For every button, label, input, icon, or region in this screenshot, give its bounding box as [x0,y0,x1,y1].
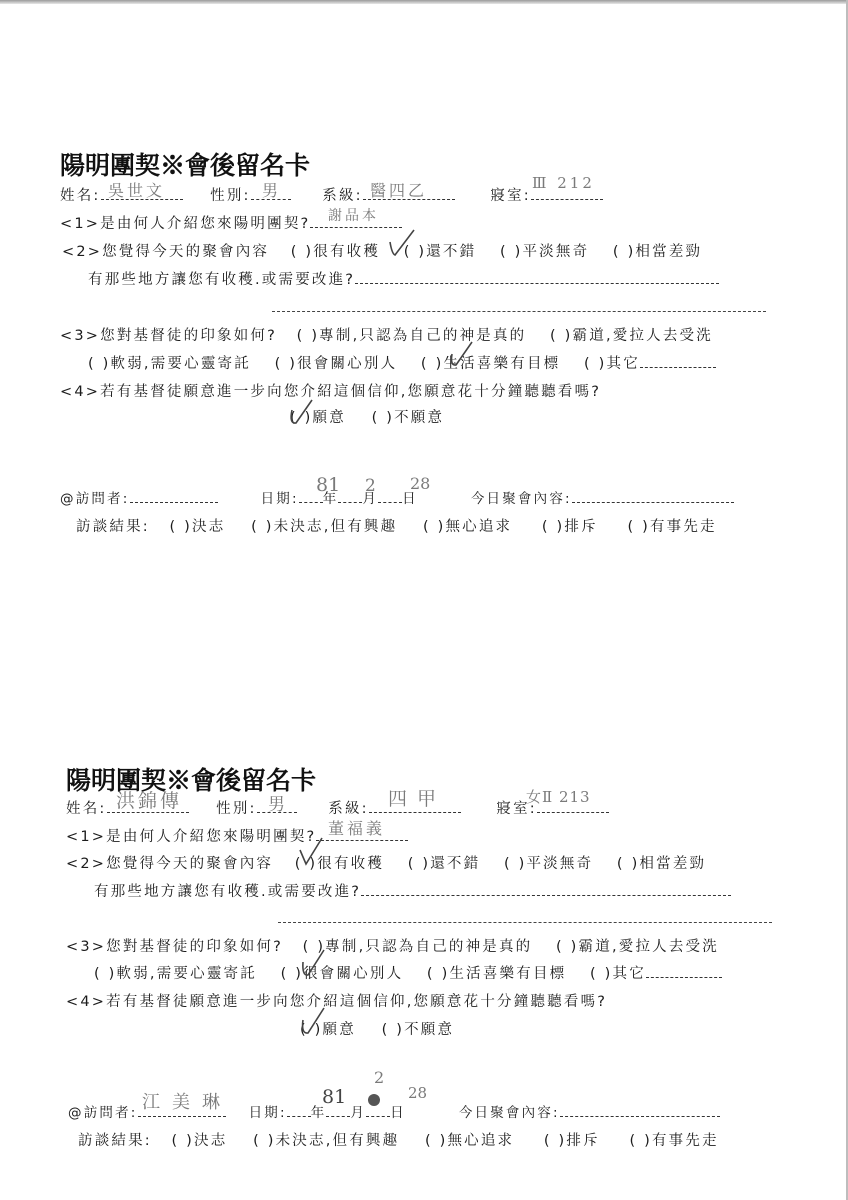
handwritten-gender: 男 [268,790,288,815]
today-content-label: 今日聚會內容: [459,1105,560,1121]
checkmark-icon [296,836,326,868]
department-label: 系級: [328,801,369,817]
question-4-text: <4>若有基督徒願意進一步向您介紹這個信仰,您願意花十分鐘聽聽看嗎? [66,994,607,1010]
today-content-field[interactable] [572,488,734,503]
result-option-reject[interactable]: ( )排斥 [544,1129,600,1150]
q3-option-domineering[interactable]: ( )霸道,愛拉人去受洗 [556,935,719,956]
date-label: 日期: [249,1105,287,1121]
handwritten-visitor: 江美琳 [142,1088,232,1114]
handwritten-dorm: 女Ⅱ 213 [526,786,591,807]
visitor-label: @訪問者: [60,491,130,507]
today-content-label: 今日聚會內容: [471,491,572,507]
q2-option-plain[interactable]: ( )平淡無奇 [504,852,593,873]
checkmark-icon [298,1004,328,1036]
gender-label: 性別: [216,801,257,817]
day-unit: 日 [390,1105,406,1121]
question-2-followup-text: 有那些地方讓您有收穫.或需要改進? [94,884,361,900]
handwritten-date-day: 28 [410,474,430,493]
question-4: <4>若有基督徒願意進一步向您介紹這個信仰,您願意花十分鐘聽聽看嗎? [66,990,607,1011]
result-option-left-early[interactable]: ( )有事先走 [627,515,716,536]
question-1-text: <1>是由何人介紹您來陽明團契? [66,829,316,845]
result-label: 訪談結果: [78,1133,152,1149]
q4-option-unwilling[interactable]: ( )不願意 [382,1018,455,1039]
feedback-field-line-1[interactable] [361,881,731,896]
result-row: 訪談結果: ( )決志 ( )未決志,但有興趣 ( )無心追求 ( )排斥 ( … [76,515,717,536]
guest-card-2: 陽明團契※會後留名卡 姓名: 性別: 系級: 寢室: 洪錦傳 男 四甲 女Ⅱ 2… [0,0,848,460]
q2-option-poor[interactable]: ( )相當差勁 [617,852,706,873]
q3-option-other[interactable]: ( )其它 [590,962,646,983]
today-content-field[interactable] [560,1102,720,1117]
handwritten-name: 洪錦傳 [116,786,182,813]
question-2: <2>您覺得今天的聚會內容 ( )很有收穫 ( )還不錯 ( )平淡無奇 ( )… [66,852,706,873]
result-option-interested[interactable]: ( )未決志,但有興趣 [251,515,397,536]
handwritten-date-day: 28 [408,1084,427,1102]
month-unit: 月 [350,1105,366,1121]
result-row: 訪談結果: ( )決志 ( )未決志,但有興趣 ( )無心追求 ( )排斥 ( … [78,1129,719,1150]
date-year-field[interactable] [287,1102,311,1117]
result-option-reject[interactable]: ( )排斥 [542,515,598,536]
scribbled-month-mark [368,1094,380,1106]
handwritten-introducer: 董福義 [328,816,385,839]
visitor-label: @訪問者: [68,1105,138,1121]
question-3: <3>您對基督徒的印象如何? ( )專制,只認為自己的神是真的 ( )霸道,愛拉… [66,935,719,956]
q3-other-field[interactable] [646,963,722,978]
question-3-text: <3>您對基督徒的印象如何? [66,939,283,955]
name-label: 姓名: [66,801,107,817]
visitor-field[interactable] [130,488,218,503]
result-option-left-early[interactable]: ( )有事先走 [629,1129,718,1150]
day-unit: 日 [402,491,418,507]
result-option-not-seeking[interactable]: ( )無心追求 [425,1129,514,1150]
date-label: 日期: [261,491,299,507]
handwritten-date-month: 2 [374,1068,384,1087]
date-month-field[interactable] [338,488,362,503]
visit-row: @訪問者: 日期:年月日 今日聚會內容: [60,487,734,507]
handwritten-department: 四甲 [388,784,446,811]
result-option-not-seeking[interactable]: ( )無心追求 [423,515,512,536]
q2-option-not-bad[interactable]: ( )還不錯 [408,852,481,873]
date-day-field[interactable] [378,488,402,503]
feedback-field-line-2[interactable] [278,922,772,923]
q3-option-autocratic[interactable]: ( )專制,只認為自己的神是真的 [303,935,533,956]
handwritten-date-year: 81 [316,474,340,496]
handwritten-date-month: 2 [365,476,376,496]
question-3-row-2: ( )軟弱,需要心靈寄託 ( )很會關心別人 ( )生活喜樂有目標 ( )其它 [94,962,722,983]
result-option-decided[interactable]: ( )決志 [170,515,226,536]
result-option-interested[interactable]: ( )未決志,但有興趣 [253,1129,399,1150]
result-option-decided[interactable]: ( )決志 [172,1129,228,1150]
result-label: 訪談結果: [76,519,150,535]
handwritten-date-year: 81 [322,1086,346,1108]
q3-option-joyful[interactable]: ( )生活喜樂有目標 [427,962,566,983]
checkmark-icon [298,946,328,978]
question-2-text: <2>您覺得今天的聚會內容 [66,856,273,872]
q3-option-weak[interactable]: ( )軟弱,需要心靈寄託 [94,962,257,983]
question-2-followup: 有那些地方讓您有收穫.或需要改進? [94,880,731,901]
